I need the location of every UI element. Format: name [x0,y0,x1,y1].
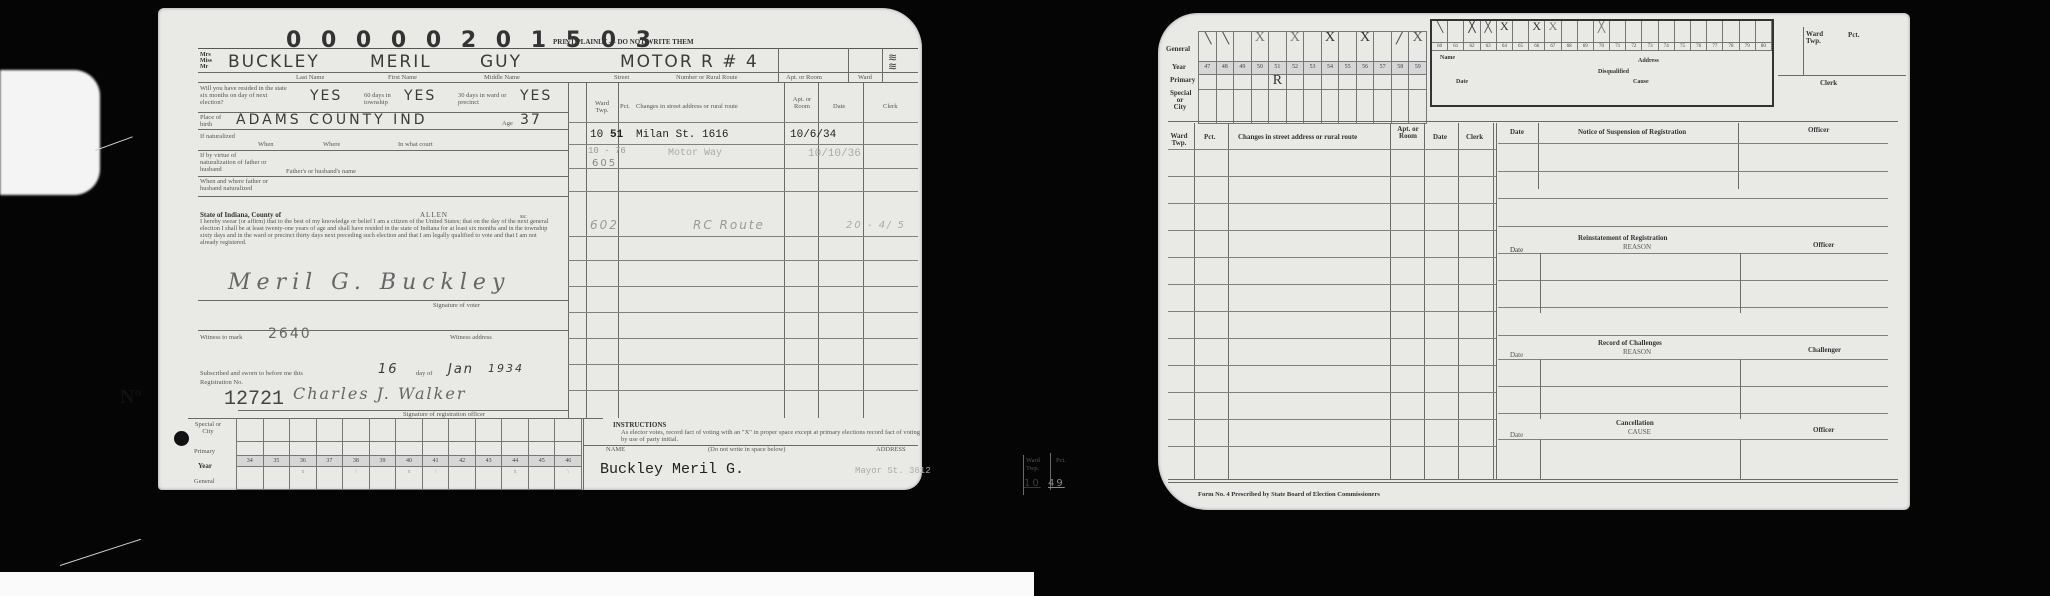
instructions-text: As elector votes, record fact of voting … [621,429,921,443]
first-name-value: MERIL [370,52,432,72]
year-cell: 71 [1610,43,1626,51]
year-cell: 55 [1339,62,1357,75]
ward-value: 10 [1024,478,1041,489]
change-row-2-ward: 10 - 76 [588,146,626,156]
registration-card-back: General Year Primary Special or City ╲╲X… [1158,13,1910,510]
ward-twp-label: Ward Twp. [1026,457,1046,473]
year-cell: 42 [449,456,476,467]
court-label: In what court [398,141,433,148]
grid-label-year: Year [1172,63,1186,71]
year-cell: 57 [1374,62,1392,75]
challenges-header-reason: REASON [1623,348,1651,356]
right-changes-header-date: Date [1433,133,1447,141]
changes-header-address: Changes in street address or rural route [636,103,738,110]
pct-label: Pct. [1848,31,1859,39]
right-changes-header-ward: Ward Twp. [1166,133,1192,147]
year-cell: 63 [1481,43,1497,51]
year-cell: 67 [1545,43,1561,51]
grid-label-year: Year [198,462,212,470]
second-grid-cause-label: Cause [1633,79,1649,85]
challenges-header-date: Date [1510,351,1523,359]
year-cell: 53 [1304,62,1322,75]
year-cell: 41 [423,456,450,467]
form-footer: Form No. 4 Prescribed by State Board of … [1198,491,1380,498]
instructions-title: INSTRUCTIONS [613,421,666,429]
change-row-1-ward: 10 [590,129,603,141]
challenges-title: Record of Challenges [1598,339,1662,347]
year-cell: 65 [1513,43,1529,51]
no-symbol: Nº [120,386,141,409]
year-cell: 46 [555,456,582,467]
punch-hole [174,431,189,446]
sworn-day: 16 [378,362,399,377]
year-cell: 43 [476,456,503,467]
change-row-4-address: RC Route [693,218,765,232]
sworn-year: 1934 [488,362,524,375]
year-cell: 75 [1675,43,1691,51]
pct-value: 49 [1048,478,1065,489]
year-cell: 49 [1234,62,1252,75]
year-cell: 59 [1409,62,1427,75]
change-row-1-date: 10/6/34 [790,129,836,141]
ward-twp-label: Ward Twp. [1806,31,1828,45]
age-label: Age [502,120,513,127]
suspension-header-notice: Notice of Suspension of Registration [1578,128,1686,136]
place-of-birth-value: ADAMS COUNTY IND [236,112,428,128]
when-where-father-label: When and where father or husband natural… [200,178,290,192]
middle-name-value: GUY [480,52,522,72]
year-cell: 64 [1497,43,1513,51]
witness-mark-label: Witness to mark [200,334,242,341]
year-cell: 72 [1626,43,1642,51]
challenges-header-challenger: Challenger [1808,346,1841,354]
year-cell: 68 [1562,43,1578,51]
apt-room-label: Apt. or Room [786,74,822,81]
changes-header-pct: Pct. [620,103,630,110]
suspension-header-date: Date [1510,128,1524,136]
do-not-write-label: (Do not write in space below) [708,446,785,453]
last-name-label: Last Name [296,74,324,81]
by-virtue-label: If by virtue of naturalization of father… [200,152,270,173]
year-cell: 74 [1659,43,1675,51]
day-of-label: day of [416,370,432,377]
resided-township-label: 60 days in township [364,92,404,106]
white-strip-bottom [0,572,1034,596]
grid-label-primary: Primary [194,448,215,455]
typed-name: Buckley Meril G. [600,461,744,478]
year-cell: 73 [1642,43,1658,51]
naturalized-label: If naturalized [200,133,240,140]
changes-header-apt: Apt. or Room [788,96,816,110]
resided-state-answer: YES [310,88,342,104]
year-cell: 37 [317,456,344,467]
year-cell: 48 [1217,62,1235,75]
year-cell: 35 [264,456,291,467]
year-cell: 39 [370,456,397,467]
right-changes-header-pct: Pct. [1204,133,1215,141]
number-route-label: Number or Rural Route [676,74,738,81]
grid-label-special: Special or City [194,421,222,435]
resided-ward-answer: YES [520,88,552,104]
reinstatement-title: Reinstatement of Registration [1578,234,1667,242]
voter-signature: Meril G. Buckley [228,270,510,295]
grid-label-special: Special or City [1170,90,1190,111]
grid-label-primary: Primary [1170,76,1195,84]
year-cell: 56 [1357,62,1375,75]
year-cell: 36 [290,456,317,467]
second-grid-address-label: Address [1638,58,1659,64]
year-cell: 77 [1707,43,1723,51]
changes-header-ward: Ward Twp. [588,100,616,114]
ward-label: Ward [858,74,872,81]
change-row-4-date: 20 - 4/ 5 [846,220,906,231]
address-header: ADDRESS [876,446,906,453]
right-changes-header-clerk: Clerk [1466,133,1483,141]
witness-address-label: Witness address [450,334,492,341]
changes-header-date: Date [833,103,845,110]
changes-header-clerk: Clerk [883,103,897,110]
year-cell: 40 [396,456,423,467]
right-changes-header-address: Changes in street address or rural route [1238,133,1357,141]
year-cell: 45 [529,456,556,467]
resided-state-label: Will you have resided in the state six m… [200,85,290,106]
year-cell: 76 [1691,43,1707,51]
change-row-2-date: 10/10/36 [808,148,861,160]
cancellation-header-date: Date [1510,431,1523,439]
year-cell: 70 [1594,43,1610,51]
clerk-label: Clerk [1820,79,1837,87]
street-value: MOTOR R # 4 [620,52,759,72]
header-notice: PRINT PLAINLY — DO NOT WRITE THEM [553,38,694,46]
where-label: Where [323,141,340,148]
when-label: When [258,141,274,148]
second-grid-disqualified-label: Disqualified [1598,69,1629,75]
year-cell: 69 [1578,43,1594,51]
white-patch-left [0,70,100,195]
sworn-month: Jan [448,362,474,377]
year-cell: 66 [1529,43,1545,51]
oath-text: I hereby swear (or affirm) that to the b… [200,218,550,246]
registration-card-front: 0 0 0 0 0 2 0 1 5 0 3 PRINT PLAINLY — DO… [158,8,922,490]
change-row-2-address: Motor Way [668,148,722,159]
year-cell: 60 [1432,43,1448,51]
signature-voter-label: Signature of voter [433,302,480,309]
pct-label: Pct. [1056,457,1066,464]
ward-scribble: ≋≋ [888,53,899,71]
second-grid-date-label: Date [1456,79,1468,85]
year-cell: 58 [1392,62,1410,75]
subscribed-label: Subscribed and sworn to before me this [200,370,303,377]
age-value: 37 [520,112,542,128]
signature-officer-label: Signature of registration officer [403,411,485,418]
title-prefix-mr: MrsMissMr [200,52,212,70]
scratch-line [60,539,141,566]
suspension-header-officer: Officer [1808,126,1829,134]
change-row-4-ward: 602 [590,218,619,232]
instructions-name-label: NAME [606,446,625,453]
cancellation-title: Cancellation [1616,419,1654,427]
second-grid-name-label: Name [1440,55,1455,61]
grid-label-general: General [1166,45,1190,53]
year-cell: 80 [1756,43,1772,51]
year-cell: 38 [343,456,370,467]
fathers-name-label: Father's or husband's name [286,168,356,175]
cancellation-header-cause: CAUSE [1628,428,1651,436]
year-cell: 79 [1740,43,1756,51]
year-cell: 78 [1723,43,1739,51]
grid-label-general: General [194,478,215,485]
year-cell: 61 [1448,43,1464,51]
cancellation-header-officer: Officer [1813,426,1834,434]
year-cell: 52 [1287,62,1305,75]
officer-signature: Charles J. Walker [293,384,466,403]
typed-address: Mayor St. 3612 [855,466,931,476]
witness-mark-value: 2640 [268,326,312,342]
first-name-label: First Name [388,74,417,81]
year-cell: 54 [1322,62,1340,75]
right-changes-header-apt: Apt. or Room [1394,126,1422,140]
year-cell: 34 [237,456,264,467]
last-name-value: BUCKLEY [228,52,320,72]
place-of-birth-label: Place of birth [200,114,230,128]
registration-number: 12721 [224,388,284,411]
middle-name-label: Middle Name [484,74,520,81]
reinstatement-header-officer: Officer [1813,241,1834,249]
reinstatement-header-reason: REASON [1623,243,1651,251]
change-row-1-address: Milan St. 1616 [636,129,728,141]
year-cell: 50 [1252,62,1270,75]
voting-grid-right: ╲╲XXXX╱X 47 48 49 50 51 52 53 54 55 56 5… [1198,31,1427,124]
registration-no-label: Registration No. [200,379,243,386]
scratch-line [95,136,133,151]
voting-grid-left: 34 35 36 37 38 39 40 41 42 43 44 45 46 x… [236,418,582,490]
street-label: Street [614,74,629,81]
resided-township-answer: YES [404,88,436,104]
year-cell: 47 [1199,62,1217,75]
year-cell: 44 [502,456,529,467]
year-cell: 51 [1269,62,1287,75]
change-row-1-pct: 51 [610,129,623,141]
resided-ward-label: 30 days in ward or precinct [458,92,518,106]
year-cell: 62 [1464,43,1480,51]
